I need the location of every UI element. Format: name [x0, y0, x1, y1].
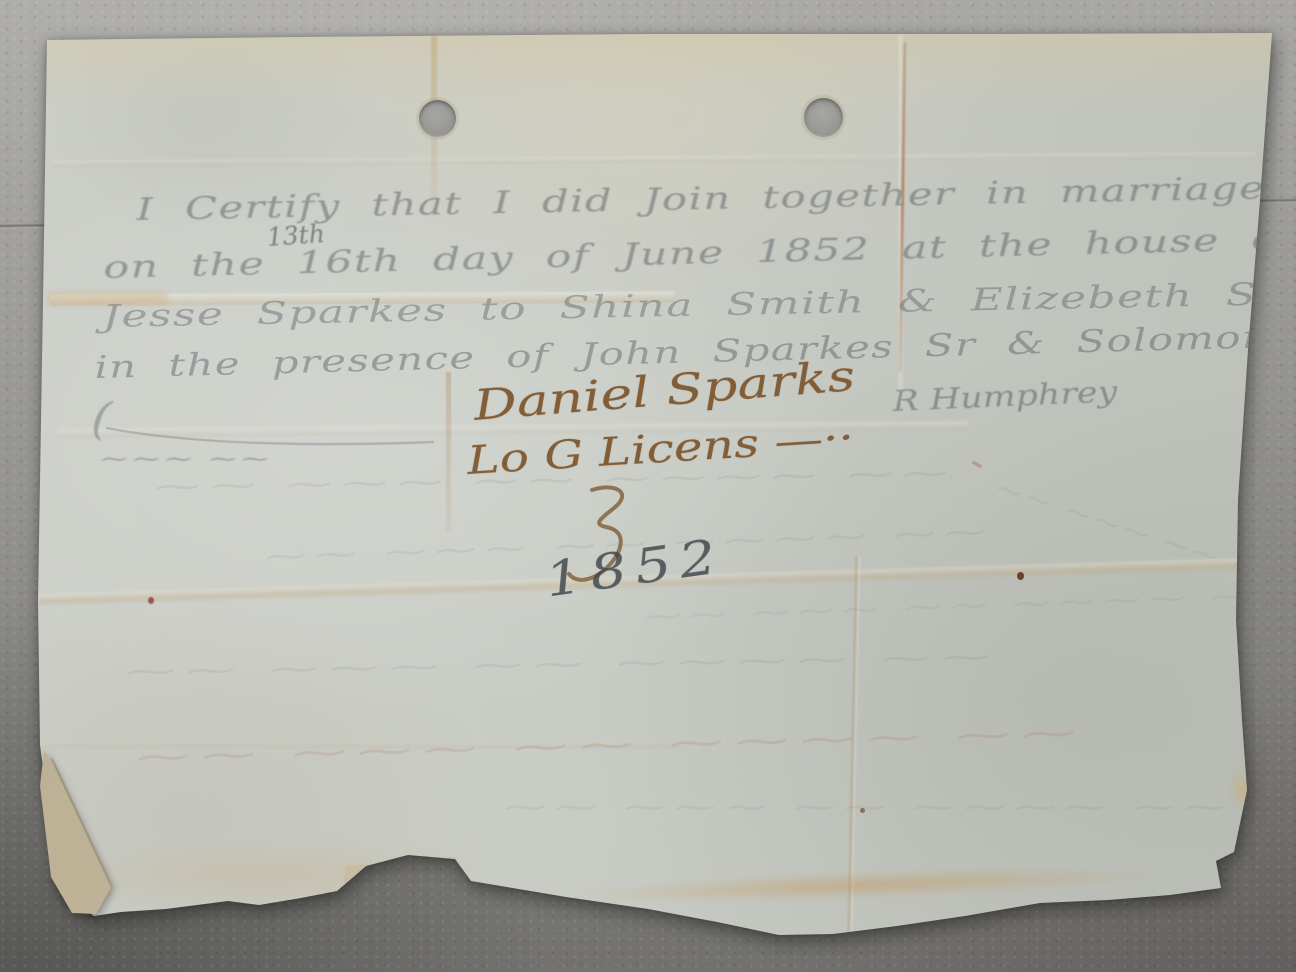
torn-corner-flap — [0, 0, 1296, 972]
document-photo: ~~ ~~~ ~~ ~~~~ ~~ ~~ ~~~ ~~ ~~~~ ~~ ~~ ~… — [0, 0, 1296, 972]
torn-corner-wrap — [0, 0, 1296, 972]
